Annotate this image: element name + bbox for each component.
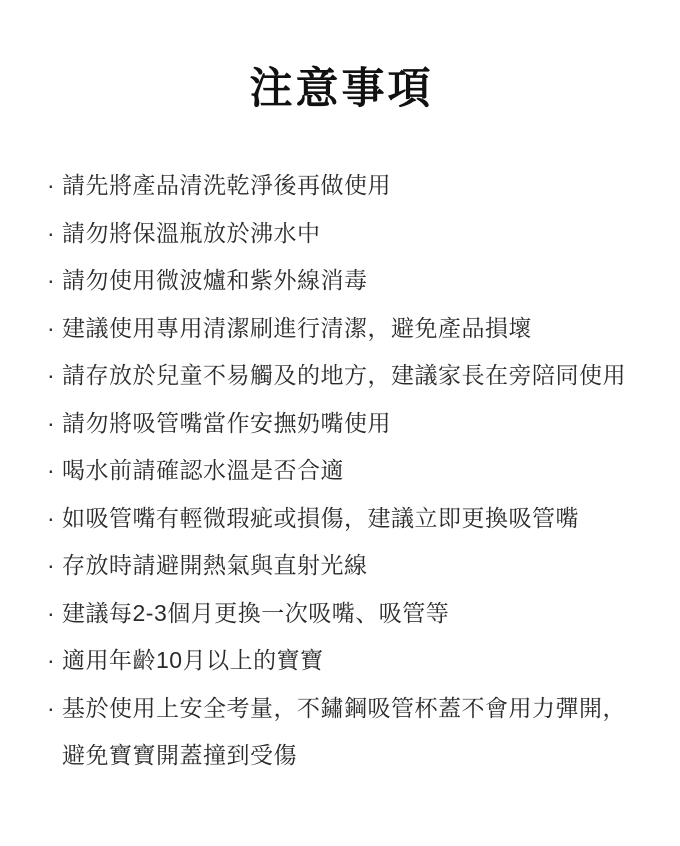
precautions-page: 注意事項 · 請先將產品清洗乾淨後再做使用 · 請勿將保溫瓶放於沸水中 · 請勿… — [0, 0, 680, 846]
bullet-icon: · — [47, 400, 59, 448]
list-item-text: 請勿將吸管嘴當作安撫奶嘴使用 — [62, 410, 391, 436]
bullet-icon: · — [47, 685, 59, 733]
list-item-text: 建議使用專用清潔刷進行清潔，避免產品損壞 — [62, 315, 532, 341]
list-item-text: 適用年齡10月以上的寶寶 — [62, 647, 324, 673]
bullet-icon: · — [47, 210, 59, 258]
bullet-icon: · — [47, 162, 59, 210]
list-item: · 基於使用上安全考量，不鏽鋼吸管杯蓋不會用力彈開，避免寶寶開蓋撞到受傷 — [47, 685, 644, 780]
bullet-icon: · — [47, 352, 59, 400]
list-item: · 建議每2-3個月更換一次吸嘴、吸管等 — [47, 590, 644, 638]
list-item-text: 喝水前請確認水溫是否合適 — [62, 457, 344, 483]
list-item: · 如吸管嘴有輕微瑕疵或損傷，建議立即更換吸管嘴 — [47, 495, 644, 543]
list-item-text: 請勿將保溫瓶放於沸水中 — [62, 220, 321, 246]
list-item: · 喝水前請確認水溫是否合適 — [47, 447, 644, 495]
bullet-icon: · — [47, 447, 59, 495]
bullet-icon: · — [47, 305, 59, 353]
list-item-text: 請存放於兒童不易觸及的地方，建議家長在旁陪同使用 — [62, 362, 626, 388]
list-item-text: 存放時請避開熱氣與直射光線 — [62, 552, 368, 578]
list-item: · 請先將產品清洗乾淨後再做使用 — [47, 162, 644, 210]
bullet-icon: · — [47, 257, 59, 305]
precautions-list: · 請先將產品清洗乾淨後再做使用 · 請勿將保溫瓶放於沸水中 · 請勿使用微波爐… — [47, 162, 644, 780]
list-item: · 適用年齡10月以上的寶寶 — [47, 637, 644, 685]
bullet-icon: · — [47, 637, 59, 685]
list-item-text: 請先將產品清洗乾淨後再做使用 — [62, 172, 391, 198]
list-item-text: 建議每2-3個月更換一次吸嘴、吸管等 — [62, 600, 449, 626]
list-item-text: 請勿使用微波爐和紫外線消毒 — [62, 267, 368, 293]
list-item-text: 如吸管嘴有輕微瑕疵或損傷，建議立即更換吸管嘴 — [62, 505, 579, 531]
list-item: · 請勿將吸管嘴當作安撫奶嘴使用 — [47, 400, 644, 448]
list-item: · 請勿將保溫瓶放於沸水中 — [47, 210, 644, 258]
list-item: · 建議使用專用清潔刷進行清潔，避免產品損壞 — [47, 305, 644, 353]
page-title: 注意事項 — [47, 64, 636, 114]
list-item: · 請勿使用微波爐和紫外線消毒 — [47, 257, 644, 305]
bullet-icon: · — [47, 590, 59, 638]
list-item: · 存放時請避開熱氣與直射光線 — [47, 542, 644, 590]
list-item-text: 基於使用上安全考量，不鏽鋼吸管杯蓋不會用力彈開，避免寶寶開蓋撞到受傷 — [62, 695, 626, 769]
list-item: · 請存放於兒童不易觸及的地方，建議家長在旁陪同使用 — [47, 352, 644, 400]
bullet-icon: · — [47, 495, 59, 543]
bullet-icon: · — [47, 542, 59, 590]
